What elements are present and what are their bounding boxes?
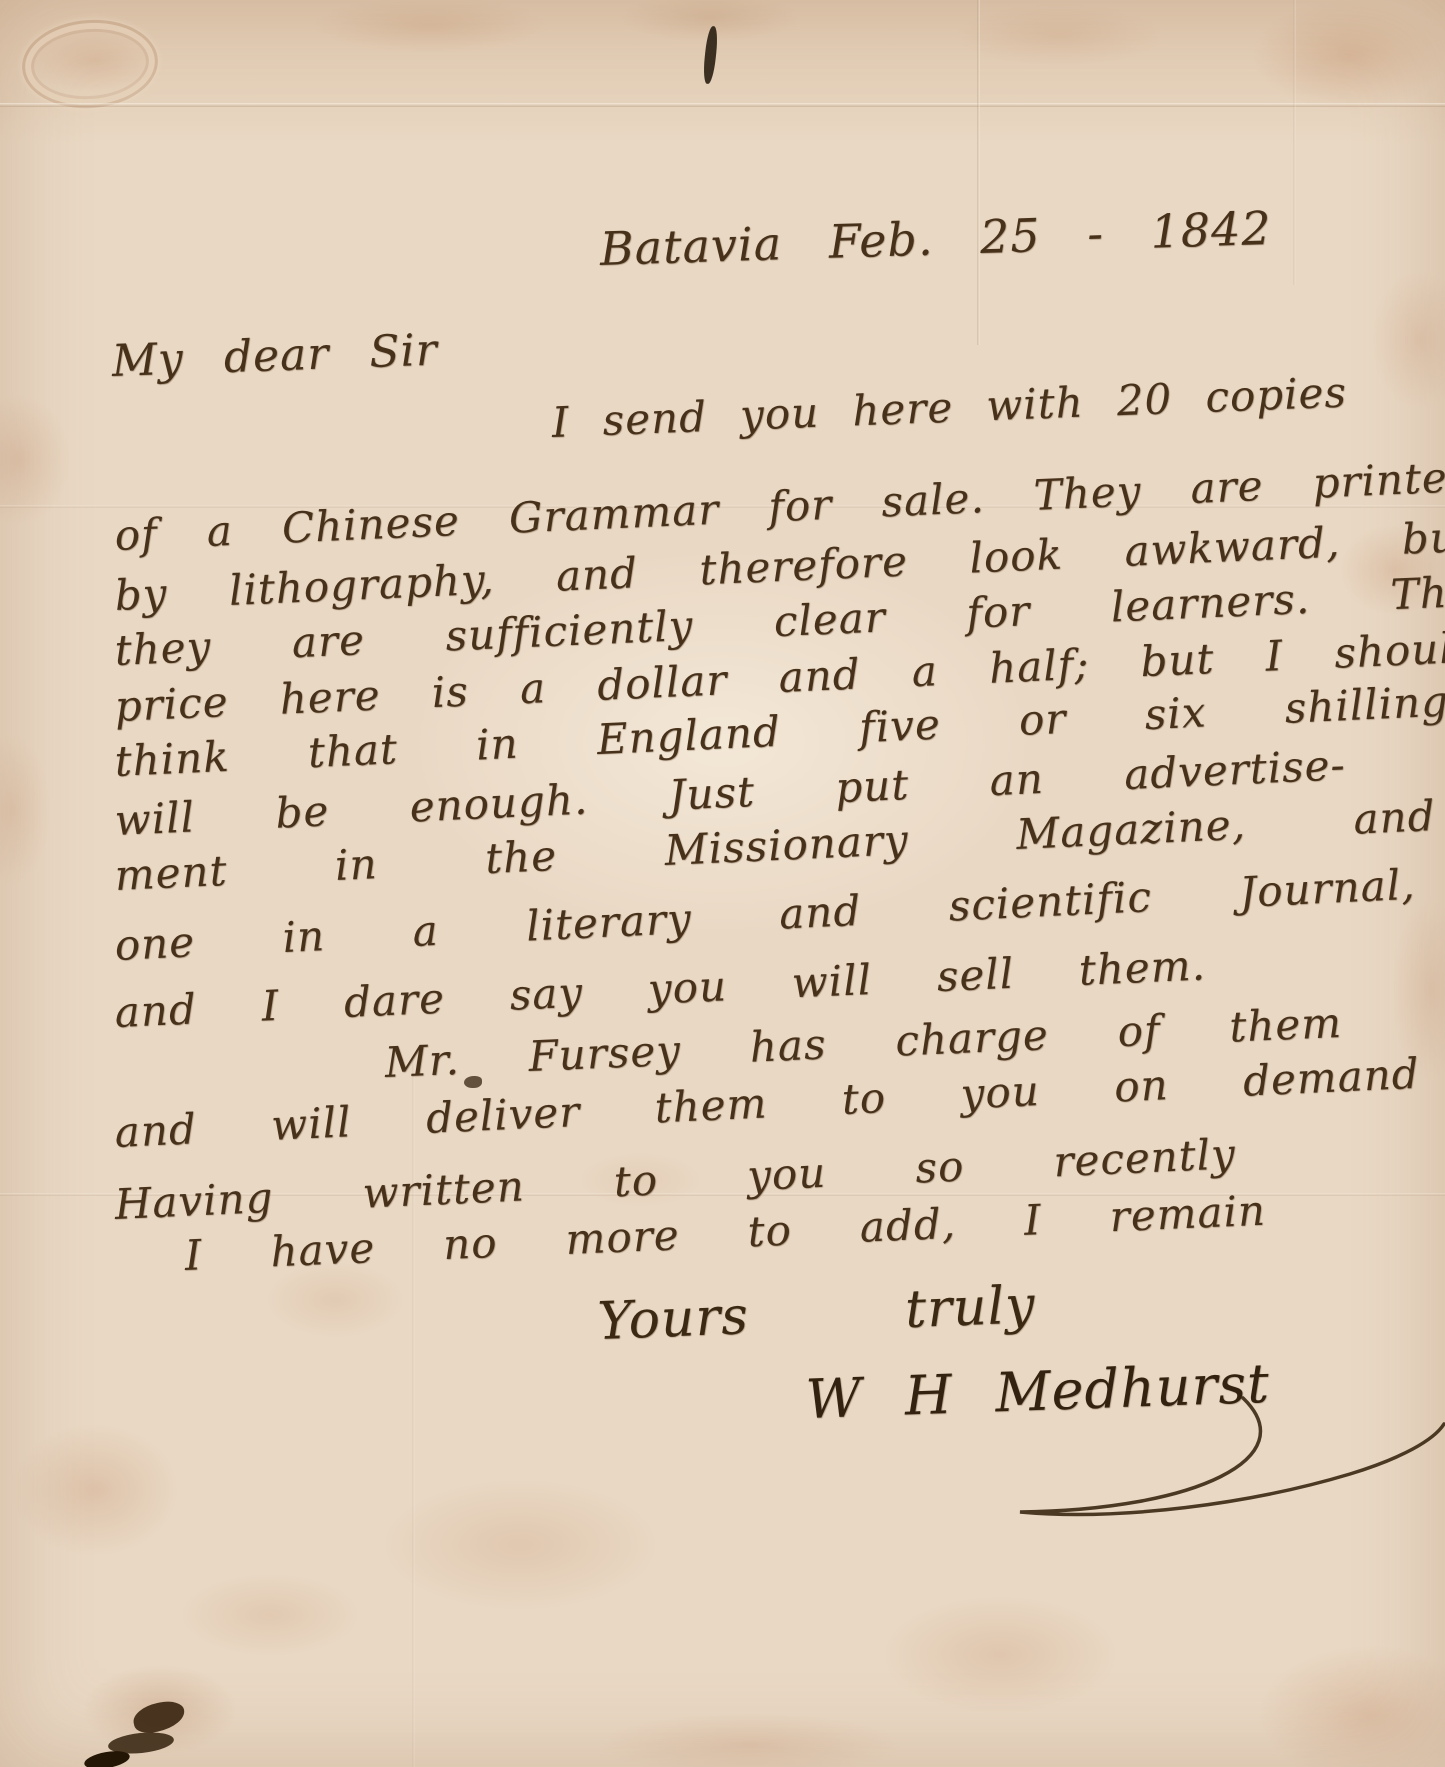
ink-speck	[464, 1076, 482, 1088]
fold-crease-horizontal-lower	[0, 1193, 1445, 1196]
letter-body-line: price here is a dollar and a half; but I…	[114, 622, 1445, 731]
embossed-stamp-mark	[19, 15, 161, 112]
ink-blot	[107, 1730, 175, 1757]
fold-crease-vertical-left	[412, 1060, 415, 1767]
letter-body-line: by lithography, and therefore look awkwa…	[114, 512, 1445, 620]
fold-crease-vertical-right	[1293, 0, 1296, 285]
signature-flourish	[690, 1390, 1445, 1530]
fold-crease-vertical-center	[977, 0, 980, 345]
letter-body-line: ment in the Missionary Magazine, and	[114, 791, 1437, 900]
letter-body-line: they are sufficiently clear for learners…	[114, 567, 1445, 675]
letter-body-line: and will deliver them to you on demand	[114, 1049, 1421, 1157]
letter-body-line: think that in England five or six shilli…	[114, 675, 1445, 786]
fold-crease-horizontal-top	[0, 103, 1445, 107]
ink-blot	[83, 1748, 131, 1767]
letter-body-line: Having written to you so recently	[114, 1129, 1237, 1229]
letter-page: Batavia Feb. 25 - 1842 My dear Sir I sen…	[0, 0, 1445, 1767]
letter-body-line: of a Chinese Grammar for sale. They are …	[114, 452, 1445, 560]
letter-body-line: I have no more to add, I remain	[184, 1186, 1267, 1280]
letter-salutation: My dear Sir	[111, 325, 439, 387]
letter-body-line: and I dare say you will sell them.	[114, 940, 1207, 1037]
ink-blot	[131, 1698, 188, 1736]
letter-body-line: will be enough. Just put an advertise-	[114, 740, 1347, 845]
letter-signature: W H Medhurst	[805, 1353, 1249, 1431]
letter-dateline: Batavia Feb. 25 - 1842	[599, 201, 1272, 276]
letter-body-line: Mr. Fursey has charge of them	[384, 998, 1343, 1087]
fold-crease-horizontal-middle	[0, 505, 1445, 508]
letter-body-line: I send you here with 20 copies	[551, 370, 1292, 447]
letter-closing: Yours truly	[597, 1275, 1037, 1352]
letter-body-line: one in a literary and scientific Journal…	[114, 860, 1417, 970]
ink-mark-top	[702, 26, 719, 85]
